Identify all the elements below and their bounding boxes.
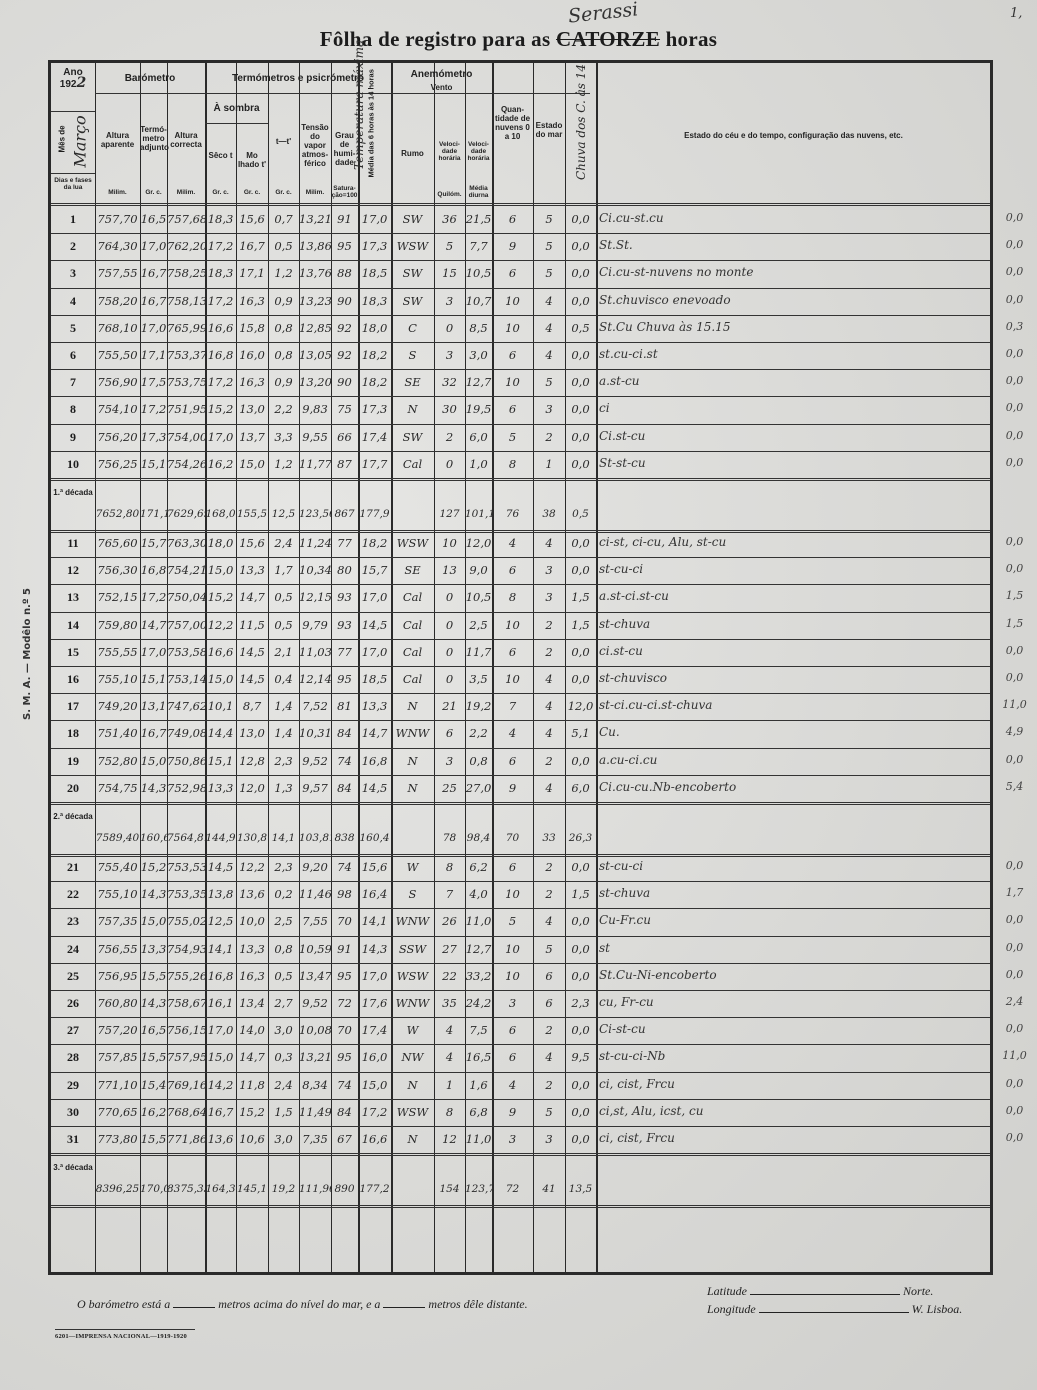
cell-sea: 3 xyxy=(533,590,565,604)
cell-s: 78 xyxy=(434,832,465,844)
cell-tw: 12,8 xyxy=(236,754,268,768)
cell-bt: 14,3 xyxy=(140,887,167,901)
margin-rain-value: 0,0 xyxy=(992,913,1037,926)
sky-description: ci, cist, Frcu xyxy=(599,1131,675,1145)
cell-c: 10 xyxy=(492,294,533,308)
cell-tw: 16,3 xyxy=(236,969,268,983)
cell-dir: C xyxy=(391,321,434,335)
cell-c: 5 xyxy=(492,430,533,444)
cell-bar: 756,30 xyxy=(95,563,140,577)
cell-r: 0,0 xyxy=(565,672,596,686)
cell-r: 0,0 xyxy=(565,375,596,389)
day-number: 20 xyxy=(51,781,95,796)
cell-barc: 758,13 xyxy=(167,294,205,308)
cell-barc: 7629,69 xyxy=(167,508,205,520)
cell-sea: 2 xyxy=(533,1078,565,1092)
cell-bt: 17,0 xyxy=(140,239,167,253)
cell-s: 0 xyxy=(434,618,465,632)
margin-rain-value: 11,0 xyxy=(992,1049,1037,1062)
cell-r: 9,5 xyxy=(565,1050,596,1064)
cell-d: 1,4 xyxy=(268,699,299,713)
day-number: 10 xyxy=(51,457,95,472)
cell-sm: 10,7 xyxy=(465,294,492,308)
cell-h: 867 xyxy=(331,508,358,520)
cell-sm: 1,0 xyxy=(465,457,492,471)
sky-description: st-chuvisco xyxy=(599,671,667,685)
signature: Serassi xyxy=(567,0,639,28)
cell-bar: 755,10 xyxy=(95,672,140,686)
cell-bar: 758,20 xyxy=(95,294,140,308)
cell-tw: 11,8 xyxy=(236,1078,268,1092)
cell-h: 92 xyxy=(331,321,358,335)
cell-bar: 7652,80 xyxy=(95,508,140,520)
cell-tw: 15,6 xyxy=(236,212,268,226)
cell-t: 144,9 xyxy=(205,832,236,844)
cell-mx: 17,0 xyxy=(358,212,391,226)
cell-dir: Cal xyxy=(391,590,434,604)
cell-s: 30 xyxy=(434,402,465,416)
cell-bt: 15,5 xyxy=(140,969,167,983)
unit-milim: Milim. xyxy=(299,189,331,196)
day-number: 18 xyxy=(51,726,95,741)
cell-sea: 2 xyxy=(533,887,565,901)
cell-barc: 754,21 xyxy=(167,563,205,577)
cell-t: 168,0 xyxy=(205,508,236,520)
margin-rain-value: 0,0 xyxy=(992,968,1037,981)
cell-d: 1,5 xyxy=(268,1105,299,1119)
cell-sea: 4 xyxy=(533,294,565,308)
margin-rain-value: 0,0 xyxy=(992,1131,1037,1144)
decade-label: 2.ª década xyxy=(51,812,95,822)
cell-d: 2,5 xyxy=(268,914,299,928)
day-number: 25 xyxy=(51,969,95,984)
cell-t: 18,3 xyxy=(205,212,236,226)
cell-c: 72 xyxy=(492,1183,533,1195)
cell-barc: 752,98 xyxy=(167,781,205,795)
cell-dir: SW xyxy=(391,266,434,280)
unit-milim: Milim. xyxy=(167,189,205,196)
cell-t: 14,5 xyxy=(205,860,236,874)
page-title: Fôlha de registro para as CATORZE horas xyxy=(0,27,1037,52)
cell-bar: 768,10 xyxy=(95,321,140,335)
cell-bt: 16,7 xyxy=(140,294,167,308)
month-value: Março xyxy=(71,118,90,168)
cell-sea: 6 xyxy=(533,969,565,983)
cell-v: 9,20 xyxy=(299,860,331,874)
cell-sea: 4 xyxy=(533,321,565,335)
sky-description: a.st-cu xyxy=(599,374,639,388)
cell-mx: 177,9 xyxy=(358,508,391,520)
cell-s: 3 xyxy=(434,754,465,768)
cell-t: 10,1 xyxy=(205,699,236,713)
cell-c: 10 xyxy=(492,969,533,983)
cell-t: 14,4 xyxy=(205,726,236,740)
cell-tw: 13,3 xyxy=(236,563,268,577)
cell-c: 9 xyxy=(492,239,533,253)
day-number: 7 xyxy=(51,375,95,390)
day-number: 12 xyxy=(51,563,95,578)
cell-r: 0,0 xyxy=(565,860,596,874)
unit-km: Quilóm. xyxy=(434,191,465,198)
cell-dir: Cal xyxy=(391,645,434,659)
cell-s: 8 xyxy=(434,860,465,874)
cell-d: 3,0 xyxy=(268,1132,299,1146)
sky-description: st-chuva xyxy=(599,617,650,631)
cell-mx: 15,6 xyxy=(358,860,391,874)
day-number: 6 xyxy=(51,348,95,363)
margin-rain-value: 0,0 xyxy=(992,211,1037,224)
cell-h: 95 xyxy=(331,1050,358,1064)
wind-header: Vento xyxy=(391,83,492,92)
unit-milim: Milim. xyxy=(95,189,140,196)
cell-bar: 754,75 xyxy=(95,781,140,795)
cell-sm: 12,7 xyxy=(465,375,492,389)
cell-bar: 751,40 xyxy=(95,726,140,740)
cell-r: 0,0 xyxy=(565,266,596,280)
day-number: 3 xyxy=(51,266,95,281)
cell-bt: 15,0 xyxy=(140,914,167,928)
cell-r: 0,5 xyxy=(565,508,596,520)
cell-mx: 14,7 xyxy=(358,726,391,740)
cell-d: 1,2 xyxy=(268,266,299,280)
cell-barc: 747,62 xyxy=(167,699,205,713)
sky-description: a.cu-ci.cu xyxy=(599,753,657,767)
cell-bar: 757,35 xyxy=(95,914,140,928)
cell-sea: 1 xyxy=(533,457,565,471)
cell-v: 13,47 xyxy=(299,969,331,983)
cell-sea: 5 xyxy=(533,239,565,253)
cell-sea: 5 xyxy=(533,212,565,226)
cell-tw: 11,5 xyxy=(236,618,268,632)
cell-t: 16,8 xyxy=(205,969,236,983)
cell-barc: 751,95 xyxy=(167,402,205,416)
cell-barc: 754,93 xyxy=(167,942,205,956)
cell-bt: 16,8 xyxy=(140,563,167,577)
cell-bt: 15,5 xyxy=(140,1050,167,1064)
cell-c: 6 xyxy=(492,645,533,659)
cell-tw: 16,7 xyxy=(236,239,268,253)
cell-mx: 17,3 xyxy=(358,402,391,416)
cell-r: 1,5 xyxy=(565,618,596,632)
margin-rain-value: 0,0 xyxy=(992,265,1037,278)
cell-bt: 171,1 xyxy=(140,508,167,520)
cell-d: 2,2 xyxy=(268,402,299,416)
cell-v: 11,49 xyxy=(299,1105,331,1119)
days-label: Dias e fases da lua xyxy=(51,177,95,191)
cell-c: 5 xyxy=(492,914,533,928)
cell-bar: 764,30 xyxy=(95,239,140,253)
cell-r: 0,0 xyxy=(565,1105,596,1119)
cell-sm: 11,0 xyxy=(465,914,492,928)
cell-dir: S xyxy=(391,348,434,362)
cell-tw: 14,5 xyxy=(236,672,268,686)
cell-barc: 753,58 xyxy=(167,645,205,659)
unit-grc: Gr. c. xyxy=(236,189,268,196)
cell-mx: 16,0 xyxy=(358,1050,391,1064)
cell-tw: 13,0 xyxy=(236,402,268,416)
cell-c: 10 xyxy=(492,887,533,901)
cell-bt: 15,2 xyxy=(140,860,167,874)
day-number: 31 xyxy=(51,1132,95,1147)
cell-d: 1,4 xyxy=(268,726,299,740)
day-number: 9 xyxy=(51,430,95,445)
cell-d: 2,4 xyxy=(268,536,299,550)
cell-t: 13,3 xyxy=(205,781,236,795)
cell-h: 74 xyxy=(331,754,358,768)
cell-sea: 41 xyxy=(533,1183,565,1195)
cell-v: 13,21 xyxy=(299,212,331,226)
sky-description: ci,st, Alu, icst, cu xyxy=(599,1104,703,1118)
cell-barc: 754,26 xyxy=(167,457,205,471)
cell-h: 67 xyxy=(331,1132,358,1146)
margin-rain-value: 0,0 xyxy=(992,374,1037,387)
cell-sm: 11,7 xyxy=(465,645,492,659)
sky-description: St-st-cu xyxy=(599,456,646,470)
cell-sm: 6,2 xyxy=(465,860,492,874)
cell-r: 0,0 xyxy=(565,1078,596,1092)
cell-barc: 8375,33 xyxy=(167,1183,205,1195)
cell-bt: 160,6 xyxy=(140,832,167,844)
cell-s: 0 xyxy=(434,645,465,659)
cell-t: 12,2 xyxy=(205,618,236,632)
speed-hourly-header: Veloci-dade horária xyxy=(434,141,465,162)
longitude-line: Longitude W. Lisboa. xyxy=(707,1302,962,1317)
day-number: 23 xyxy=(51,914,95,929)
cell-sm: 33,2 xyxy=(465,969,492,983)
cell-sea: 5 xyxy=(533,375,565,389)
cell-r: 0,0 xyxy=(565,1023,596,1037)
cell-sea: 5 xyxy=(533,942,565,956)
cell-c: 9 xyxy=(492,1105,533,1119)
cell-sm: 21,5 xyxy=(465,212,492,226)
cell-v: 11,24 xyxy=(299,536,331,550)
cell-c: 6 xyxy=(492,754,533,768)
cell-h: 88 xyxy=(331,266,358,280)
cell-r: 0,0 xyxy=(565,914,596,928)
cell-dir: N xyxy=(391,1078,434,1092)
bar-corrected-header: Altura correcta xyxy=(167,131,205,149)
margin-rain-value: 0,0 xyxy=(992,671,1037,684)
sky-description: St.Cu-Ni-encoberto xyxy=(599,968,717,982)
cell-c: 8 xyxy=(492,590,533,604)
cell-v: 7,52 xyxy=(299,699,331,713)
cell-d: 3,0 xyxy=(268,1023,299,1037)
unit-mean: Média diurna xyxy=(465,185,492,199)
margin-rain-value: 0,0 xyxy=(992,535,1037,548)
cell-bt: 17,0 xyxy=(140,321,167,335)
cell-t: 15,0 xyxy=(205,1050,236,1064)
margin-rain-value: 0,0 xyxy=(992,941,1037,954)
sky-description: ci.st-cu xyxy=(599,644,643,658)
cell-bt: 15,7 xyxy=(140,536,167,550)
cell-c: 6 xyxy=(492,212,533,226)
cell-c: 4 xyxy=(492,726,533,740)
mean-temp-header: Média das 6 horas às 14 horas xyxy=(367,78,376,178)
cell-barc: 757,95 xyxy=(167,1050,205,1064)
cell-d: 2,7 xyxy=(268,996,299,1010)
cell-d: 0,4 xyxy=(268,672,299,686)
cell-c: 6 xyxy=(492,860,533,874)
cell-bt: 13,3 xyxy=(140,942,167,956)
cell-mx: 18,5 xyxy=(358,266,391,280)
cell-t: 14,2 xyxy=(205,1078,236,1092)
cell-h: 74 xyxy=(331,860,358,874)
cell-mx: 15,7 xyxy=(358,563,391,577)
cell-v: 11,46 xyxy=(299,887,331,901)
cell-r: 2,3 xyxy=(565,996,596,1010)
margin-rain-value: 0,0 xyxy=(992,293,1037,306)
day-number: 22 xyxy=(51,887,95,902)
cell-c: 10 xyxy=(492,321,533,335)
cell-sm: 24,2 xyxy=(465,996,492,1010)
sea-header: Estado do mar xyxy=(533,121,565,139)
cell-sm: 10,5 xyxy=(465,590,492,604)
cell-d: 12,5 xyxy=(268,508,299,520)
cell-bar: 749,20 xyxy=(95,699,140,713)
unit-saturation: Satura-ção=100 xyxy=(331,185,358,199)
day-number: 26 xyxy=(51,996,95,1011)
cell-dir: WNW xyxy=(391,726,434,740)
day-number: 28 xyxy=(51,1050,95,1065)
cell-d: 3,3 xyxy=(268,430,299,444)
cell-tw: 14,0 xyxy=(236,1023,268,1037)
year-label: Ano 1922 xyxy=(51,67,95,90)
cell-d: 2,3 xyxy=(268,754,299,768)
cell-v: 9,52 xyxy=(299,996,331,1010)
cell-sea: 4 xyxy=(533,699,565,713)
cell-sea: 4 xyxy=(533,726,565,740)
form-model-label: S. M. A. — Modêlo n.º 5 xyxy=(22,588,33,720)
day-number: 24 xyxy=(51,942,95,957)
cell-dir: Cal xyxy=(391,672,434,686)
cell-s: 0 xyxy=(434,590,465,604)
cell-sm: 9,0 xyxy=(465,563,492,577)
cell-r: 0,0 xyxy=(565,430,596,444)
cell-sea: 33 xyxy=(533,832,565,844)
cell-t: 15,0 xyxy=(205,672,236,686)
direction-header: Rumo xyxy=(391,149,434,158)
cell-sm: 27,0 xyxy=(465,781,492,795)
corner-mark: 1, xyxy=(1010,6,1022,21)
margin-rain-value: 0,0 xyxy=(992,1022,1037,1035)
cell-v: 10,34 xyxy=(299,563,331,577)
day-number: 14 xyxy=(51,618,95,633)
cell-barc: 763,30 xyxy=(167,536,205,550)
cell-mx: 177,2 xyxy=(358,1183,391,1195)
margin-rain-value: 0,3 xyxy=(992,320,1037,333)
cell-s: 13 xyxy=(434,563,465,577)
cell-v: 12,14 xyxy=(299,672,331,686)
sky-description: st.cu-ci.st xyxy=(599,347,658,361)
cell-mx: 17,3 xyxy=(358,239,391,253)
cell-dir: W xyxy=(391,860,434,874)
cell-d: 19,2 xyxy=(268,1183,299,1195)
cell-sm: 0,8 xyxy=(465,754,492,768)
bar-apparent-header: Altura aparente xyxy=(95,131,140,149)
cell-v: 13,21 xyxy=(299,1050,331,1064)
cell-bt: 14,3 xyxy=(140,781,167,795)
cell-sm: 12,7 xyxy=(465,942,492,956)
cell-r: 0,0 xyxy=(565,239,596,253)
cell-sm: 2,2 xyxy=(465,726,492,740)
cell-dir: WSW xyxy=(391,536,434,550)
cell-s: 12 xyxy=(434,1132,465,1146)
cell-s: 15 xyxy=(434,266,465,280)
cell-t: 16,1 xyxy=(205,996,236,1010)
margin-rain-value: 1,7 xyxy=(992,886,1037,899)
cell-mx: 16,8 xyxy=(358,754,391,768)
cell-bar: 7589,40 xyxy=(95,832,140,844)
cell-r: 13,5 xyxy=(565,1183,596,1195)
cell-c: 6 xyxy=(492,266,533,280)
cell-c: 6 xyxy=(492,402,533,416)
cell-sm: 3,0 xyxy=(465,348,492,362)
speed-mean-header: Veloci-dade horária xyxy=(465,141,492,162)
cell-v: 9,83 xyxy=(299,402,331,416)
cell-tw: 13,6 xyxy=(236,887,268,901)
cell-v: 10,08 xyxy=(299,1023,331,1037)
cell-dir: NW xyxy=(391,1050,434,1064)
cell-bt: 17,2 xyxy=(140,590,167,604)
margin-rain-value: 0,0 xyxy=(992,562,1037,575)
cell-sea: 3 xyxy=(533,1132,565,1146)
cell-t: 12,5 xyxy=(205,914,236,928)
sky-description: ci-st, ci-cu, Alu, st-cu xyxy=(599,535,726,549)
cell-sm: 4,0 xyxy=(465,887,492,901)
cell-dir: SE xyxy=(391,375,434,389)
cell-v: 13,23 xyxy=(299,294,331,308)
cell-barc: 771,86 xyxy=(167,1132,205,1146)
cell-bar: 757,70 xyxy=(95,212,140,226)
sky-description: St.chuvisco enevoado xyxy=(599,293,731,307)
cell-bar: 755,55 xyxy=(95,645,140,659)
cell-h: 90 xyxy=(331,375,358,389)
cell-c: 9 xyxy=(492,781,533,795)
cell-mx: 18,2 xyxy=(358,348,391,362)
cell-d: 0,5 xyxy=(268,969,299,983)
cell-barc: 758,25 xyxy=(167,266,205,280)
cell-bt: 16,2 xyxy=(140,1105,167,1119)
cell-bt: 14,3 xyxy=(140,996,167,1010)
cell-bt: 17,3 xyxy=(140,430,167,444)
vapor-header: Tensão do vapor atmos-férico xyxy=(299,123,331,168)
cell-sea: 2 xyxy=(533,860,565,874)
sky-description: st-cu-ci xyxy=(599,562,643,576)
cell-d: 0,3 xyxy=(268,1050,299,1064)
cell-mx: 17,2 xyxy=(358,1105,391,1119)
margin-rain-value: 5,4 xyxy=(992,780,1037,793)
cell-bar: 755,10 xyxy=(95,887,140,901)
cell-h: 91 xyxy=(331,942,358,956)
cell-h: 92 xyxy=(331,348,358,362)
cell-mx: 18,3 xyxy=(358,294,391,308)
cell-barc: 762,20 xyxy=(167,239,205,253)
sky-description: cu, Fr-cu xyxy=(599,995,654,1009)
cell-bar: 757,85 xyxy=(95,1050,140,1064)
cell-r: 6,0 xyxy=(565,781,596,795)
cell-bt: 16,7 xyxy=(140,266,167,280)
cell-t: 18,3 xyxy=(205,266,236,280)
cell-h: 890 xyxy=(331,1183,358,1195)
cell-s: 35 xyxy=(434,996,465,1010)
cell-r: 0,0 xyxy=(565,1132,596,1146)
cell-mx: 14,1 xyxy=(358,914,391,928)
cell-mx: 17,7 xyxy=(358,457,391,471)
margin-rain-value: 0,0 xyxy=(992,644,1037,657)
cell-dir: WSW xyxy=(391,1105,434,1119)
cell-c: 6 xyxy=(492,1023,533,1037)
day-number: 15 xyxy=(51,645,95,660)
